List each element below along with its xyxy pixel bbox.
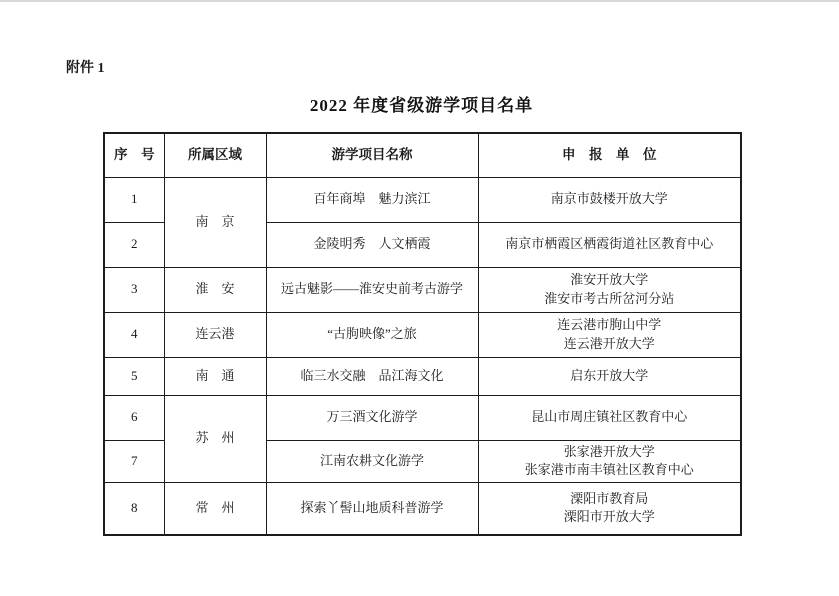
attachment-label: 附件 1 <box>66 57 105 77</box>
table-row: 3 淮 安 远古魅影——淮安史前考古游学 淮安开放大学 淮安市考古所岔河分站 <box>104 267 741 312</box>
cell-project: 江南农耕文化游学 <box>266 440 478 483</box>
cell-no: 2 <box>104 222 164 267</box>
table-row: 5 南 通 临三水交融 品江海文化 启东开放大学 <box>104 357 741 395</box>
cell-region: 淮 安 <box>164 267 266 312</box>
cell-no: 4 <box>104 312 164 357</box>
document-page: 附件 1 2022 年度省级游学项目名单 序 号 所属区域 游学项目名称 申 报… <box>0 0 839 596</box>
col-header-project: 游学项目名称 <box>266 133 478 177</box>
cell-applicant: 昆山市周庄镇社区教育中心 <box>478 395 741 440</box>
cell-project: 探索丫髻山地质科普游学 <box>266 483 478 535</box>
cell-no: 7 <box>104 440 164 483</box>
col-header-no: 序 号 <box>104 133 164 177</box>
cell-applicant: 张家港开放大学 张家港市南丰镇社区教育中心 <box>478 440 741 483</box>
cell-no: 3 <box>104 267 164 312</box>
cell-no: 1 <box>104 177 164 222</box>
cell-region: 连云港 <box>164 312 266 357</box>
table-row: 8 常 州 探索丫髻山地质科普游学 溧阳市教育局 溧阳市开放大学 <box>104 483 741 535</box>
study-tour-table: 序 号 所属区域 游学项目名称 申 报 单 位 1 南 京 百年商埠 魅力滨江 … <box>103 132 742 536</box>
cell-no: 6 <box>104 395 164 440</box>
table-row: 4 连云港 “古朐映像”之旅 连云港市朐山中学 连云港开放大学 <box>104 312 741 357</box>
cell-applicant: 溧阳市教育局 溧阳市开放大学 <box>478 483 741 535</box>
cell-applicant: 启东开放大学 <box>478 357 741 395</box>
cell-project: 金陵明秀 人文栖霞 <box>266 222 478 267</box>
table-header-row: 序 号 所属区域 游学项目名称 申 报 单 位 <box>104 133 741 177</box>
cell-no: 8 <box>104 483 164 535</box>
table-row: 6 苏 州 万三酒文化游学 昆山市周庄镇社区教育中心 <box>104 395 741 440</box>
cell-applicant: 连云港市朐山中学 连云港开放大学 <box>478 312 741 357</box>
cell-region: 南 通 <box>164 357 266 395</box>
cell-project: 临三水交融 品江海文化 <box>266 357 478 395</box>
cell-project: 万三酒文化游学 <box>266 395 478 440</box>
cell-no: 5 <box>104 357 164 395</box>
cell-region: 常 州 <box>164 483 266 535</box>
cell-project: 百年商埠 魅力滨江 <box>266 177 478 222</box>
col-header-region: 所属区域 <box>164 133 266 177</box>
cell-region: 南 京 <box>164 177 266 267</box>
cell-applicant: 南京市鼓楼开放大学 <box>478 177 741 222</box>
cell-applicant: 淮安开放大学 淮安市考古所岔河分站 <box>478 267 741 312</box>
cell-applicant: 南京市栖霞区栖霞街道社区教育中心 <box>478 222 741 267</box>
table-row: 1 南 京 百年商埠 魅力滨江 南京市鼓楼开放大学 <box>104 177 741 222</box>
page-title: 2022 年度省级游学项目名单 <box>103 91 740 116</box>
cell-region: 苏 州 <box>164 395 266 483</box>
col-header-applicant: 申 报 单 位 <box>478 133 741 177</box>
page-top-edge <box>0 0 839 2</box>
cell-project: 远古魅影——淮安史前考古游学 <box>266 267 478 312</box>
cell-project: “古朐映像”之旅 <box>266 312 478 357</box>
